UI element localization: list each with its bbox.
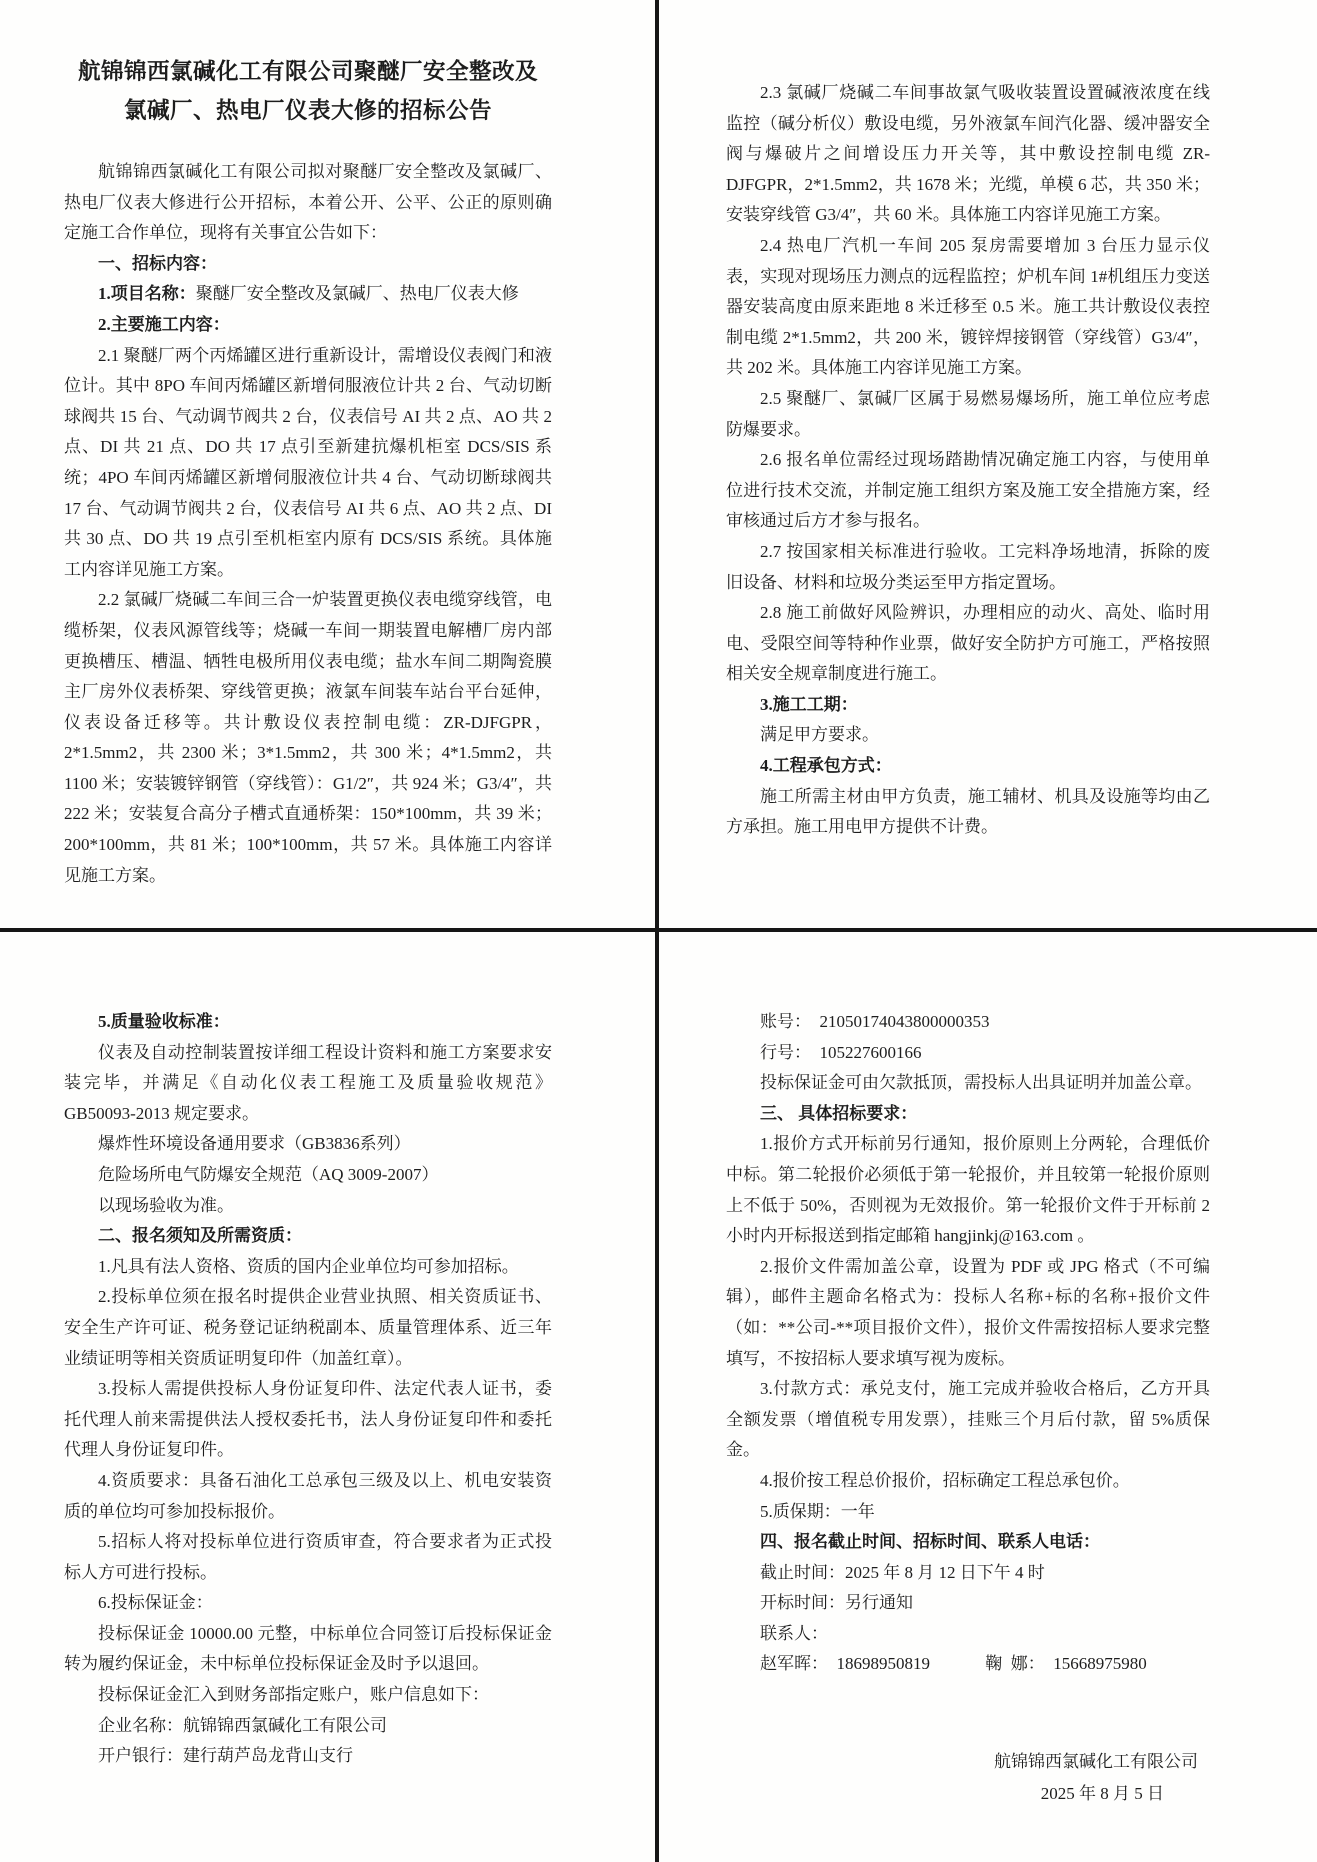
paragraph: 1.报价方式开标前另行通知，报价原则上分两轮，合理低价中标。第二轮报价必须低于第… bbox=[726, 1129, 1210, 1251]
paragraph: 2.投标单位须在报名时提供企业营业执照、相关资质证书、安全生产许可证、税务登记证… bbox=[64, 1282, 552, 1374]
section-heading: 2.主要施工内容： bbox=[64, 310, 552, 341]
paragraph: 2.2 氯碱厂烧碱二车间三合一炉装置更换仪表电缆穿线管，电缆桥架，仪表风源管线等… bbox=[64, 585, 552, 891]
page1-right-column: 2.3 氯碱厂烧碱二车间事故氯气吸收装置设置碱液浓度在线监控（碱分析仪）敷设电缆… bbox=[659, 0, 1317, 928]
paragraph: 1.凡具有法人资格、资质的国内企业单位均可参加招标。 bbox=[64, 1252, 552, 1283]
section-heading: 四、报名截止时间、招标时间、联系人电话： bbox=[726, 1527, 1210, 1558]
document-title-line-1: 航锦锦西氯碱化工有限公司聚醚厂安全整改及 bbox=[64, 52, 552, 91]
page2-right-text: 账号： 21050174043800000353行号： 105227600166… bbox=[726, 1007, 1210, 1680]
paragraph: 投标保证金可由欠款抵顶，需投标人出具证明并加盖公章。 bbox=[726, 1068, 1210, 1099]
paragraph: 2.4 热电厂汽机一车间 205 泵房需要增加 3 台压力显示仪表，实现对现场压… bbox=[726, 231, 1210, 384]
document-title-line-2: 氯碱厂、热电厂仪表大修的招标公告 bbox=[64, 91, 552, 130]
section-heading: 4.工程承包方式： bbox=[726, 751, 1210, 782]
horizontal-page-divider bbox=[0, 928, 1317, 932]
paragraph: 2.报价文件需加盖公章，设置为 PDF 或 JPG 格式（不可编辑），邮件主题命… bbox=[726, 1252, 1210, 1374]
issue-date: 2025 年 8 月 5 日 bbox=[726, 1778, 1210, 1810]
paragraph: 满足甲方要求。 bbox=[726, 720, 1210, 751]
section-heading: 5.质量验收标准： bbox=[64, 1007, 552, 1038]
paragraph: 危险场所电气防爆安全规范（AQ 3009-2007） bbox=[64, 1160, 552, 1191]
paragraph: 联系人： bbox=[726, 1619, 1210, 1650]
paragraph: 4.资质要求：具备石油化工总承包三级及以上、机电安装资质的单位均可参加投标报价。 bbox=[64, 1466, 552, 1527]
page2-left-text: 5.质量验收标准：仪表及自动控制装置按详细工程设计资料和施工方案要求安装完毕，并… bbox=[64, 1007, 552, 1772]
paragraph: 1.项目名称：聚醚厂安全整改及氯碱厂、热电厂仪表大修 bbox=[64, 279, 552, 310]
paragraph: 2.8 施工前做好风险辨识，办理相应的动火、高处、临时用电、受限空间等特种作业票… bbox=[726, 598, 1210, 690]
paragraph: 账号： 21050174043800000353 bbox=[726, 1007, 1210, 1038]
paragraph: 2.7 按国家相关标准进行验收。工完料净场地清，拆除的废旧设备、材料和垃圾分类运… bbox=[726, 537, 1210, 598]
paragraph: 5.招标人将对投标单位进行资质审查，符合要求者为正式投标人方可进行投标。 bbox=[64, 1527, 552, 1588]
issuer-company-name: 航锦锦西氯碱化工有限公司 bbox=[726, 1746, 1210, 1778]
paragraph: 仪表及自动控制装置按详细工程设计资料和施工方案要求安装完毕，并满足《自动化仪表工… bbox=[64, 1038, 552, 1130]
page2-left-column: 5.质量验收标准：仪表及自动控制装置按详细工程设计资料和施工方案要求安装完毕，并… bbox=[0, 932, 655, 1862]
page1-left-text: 航锦锦西氯碱化工有限公司拟对聚醚厂安全整改及氯碱厂、热电厂仪表大修进行公开招标，… bbox=[64, 157, 552, 891]
paragraph: 投标保证金汇入到财务部指定账户，账户信息如下： bbox=[64, 1680, 552, 1711]
paragraph: 爆炸性环境设备通用要求（GB3836系列） bbox=[64, 1129, 552, 1160]
scanned-tender-document: 航锦锦西氯碱化工有限公司聚醚厂安全整改及 氯碱厂、热电厂仪表大修的招标公告 航锦… bbox=[0, 0, 1317, 1862]
paragraph: 行号： 105227600166 bbox=[726, 1038, 1210, 1069]
paragraph: 6.投标保证金： bbox=[64, 1588, 552, 1619]
section-heading: 一、招标内容： bbox=[64, 249, 552, 280]
paragraph: 截止时间：2025 年 8 月 12 日下午 4 时 bbox=[726, 1558, 1210, 1589]
paragraph: 以现场验收为准。 bbox=[64, 1191, 552, 1222]
paragraph: 2.1 聚醚厂两个丙烯罐区进行重新设计，需增设仪表阀门和液位计。其中 8PO 车… bbox=[64, 341, 552, 586]
paragraph: 3.付款方式：承兑支付，施工完成并验收合格后，乙方开具全额发票（增值税专用发票）… bbox=[726, 1374, 1210, 1466]
paragraph: 赵军晖： 18698950819 鞠 娜： 15668975980 bbox=[726, 1649, 1210, 1680]
paragraph: 施工所需主材由甲方负责，施工辅材、机具及设施等均由乙方承担。施工用电甲方提供不计… bbox=[726, 782, 1210, 843]
paragraph: 开户银行：建行葫芦岛龙背山支行 bbox=[64, 1741, 552, 1772]
paragraph: 2.3 氯碱厂烧碱二车间事故氯气吸收装置设置碱液浓度在线监控（碱分析仪）敷设电缆… bbox=[726, 78, 1210, 231]
section-heading: 二、报名须知及所需资质： bbox=[64, 1221, 552, 1252]
paragraph: 5.质保期：一年 bbox=[726, 1497, 1210, 1528]
paragraph: 航锦锦西氯碱化工有限公司拟对聚醚厂安全整改及氯碱厂、热电厂仪表大修进行公开招标，… bbox=[64, 157, 552, 249]
paragraph: 投标保证金 10000.00 元整，中标单位合同签订后投标保证金转为履约保证金，… bbox=[64, 1619, 552, 1680]
section-heading: 三、 具体招标要求： bbox=[726, 1099, 1210, 1130]
paragraph: 2.6 报名单位需经过现场踏勘情况确定施工内容，与使用单位进行技术交流，并制定施… bbox=[726, 445, 1210, 537]
page2-right-column: 账号： 21050174043800000353行号： 105227600166… bbox=[659, 932, 1317, 1862]
page1-left-column: 航锦锦西氯碱化工有限公司聚醚厂安全整改及 氯碱厂、热电厂仪表大修的招标公告 航锦… bbox=[0, 0, 655, 928]
paragraph: 3.投标人需提供投标人身份证复印件、法定代表人证书，委托代理人前来需提供法人授权… bbox=[64, 1374, 552, 1466]
paragraph: 企业名称：航锦锦西氯碱化工有限公司 bbox=[64, 1711, 552, 1742]
paragraph: 开标时间：另行通知 bbox=[726, 1588, 1210, 1619]
signature-block: 航锦锦西氯碱化工有限公司 2025 年 8 月 5 日 bbox=[726, 1746, 1210, 1810]
section-heading: 3.施工工期： bbox=[726, 690, 1210, 721]
paragraph: 2.5 聚醚厂、氯碱厂区属于易燃易爆场所，施工单位应考虑防爆要求。 bbox=[726, 384, 1210, 445]
paragraph: 4.报价按工程总价报价，招标确定工程总承包价。 bbox=[726, 1466, 1210, 1497]
page1-right-text: 2.3 氯碱厂烧碱二车间事故氯气吸收装置设置碱液浓度在线监控（碱分析仪）敷设电缆… bbox=[726, 78, 1210, 843]
document-title: 航锦锦西氯碱化工有限公司聚醚厂安全整改及 氯碱厂、热电厂仪表大修的招标公告 bbox=[64, 52, 552, 130]
